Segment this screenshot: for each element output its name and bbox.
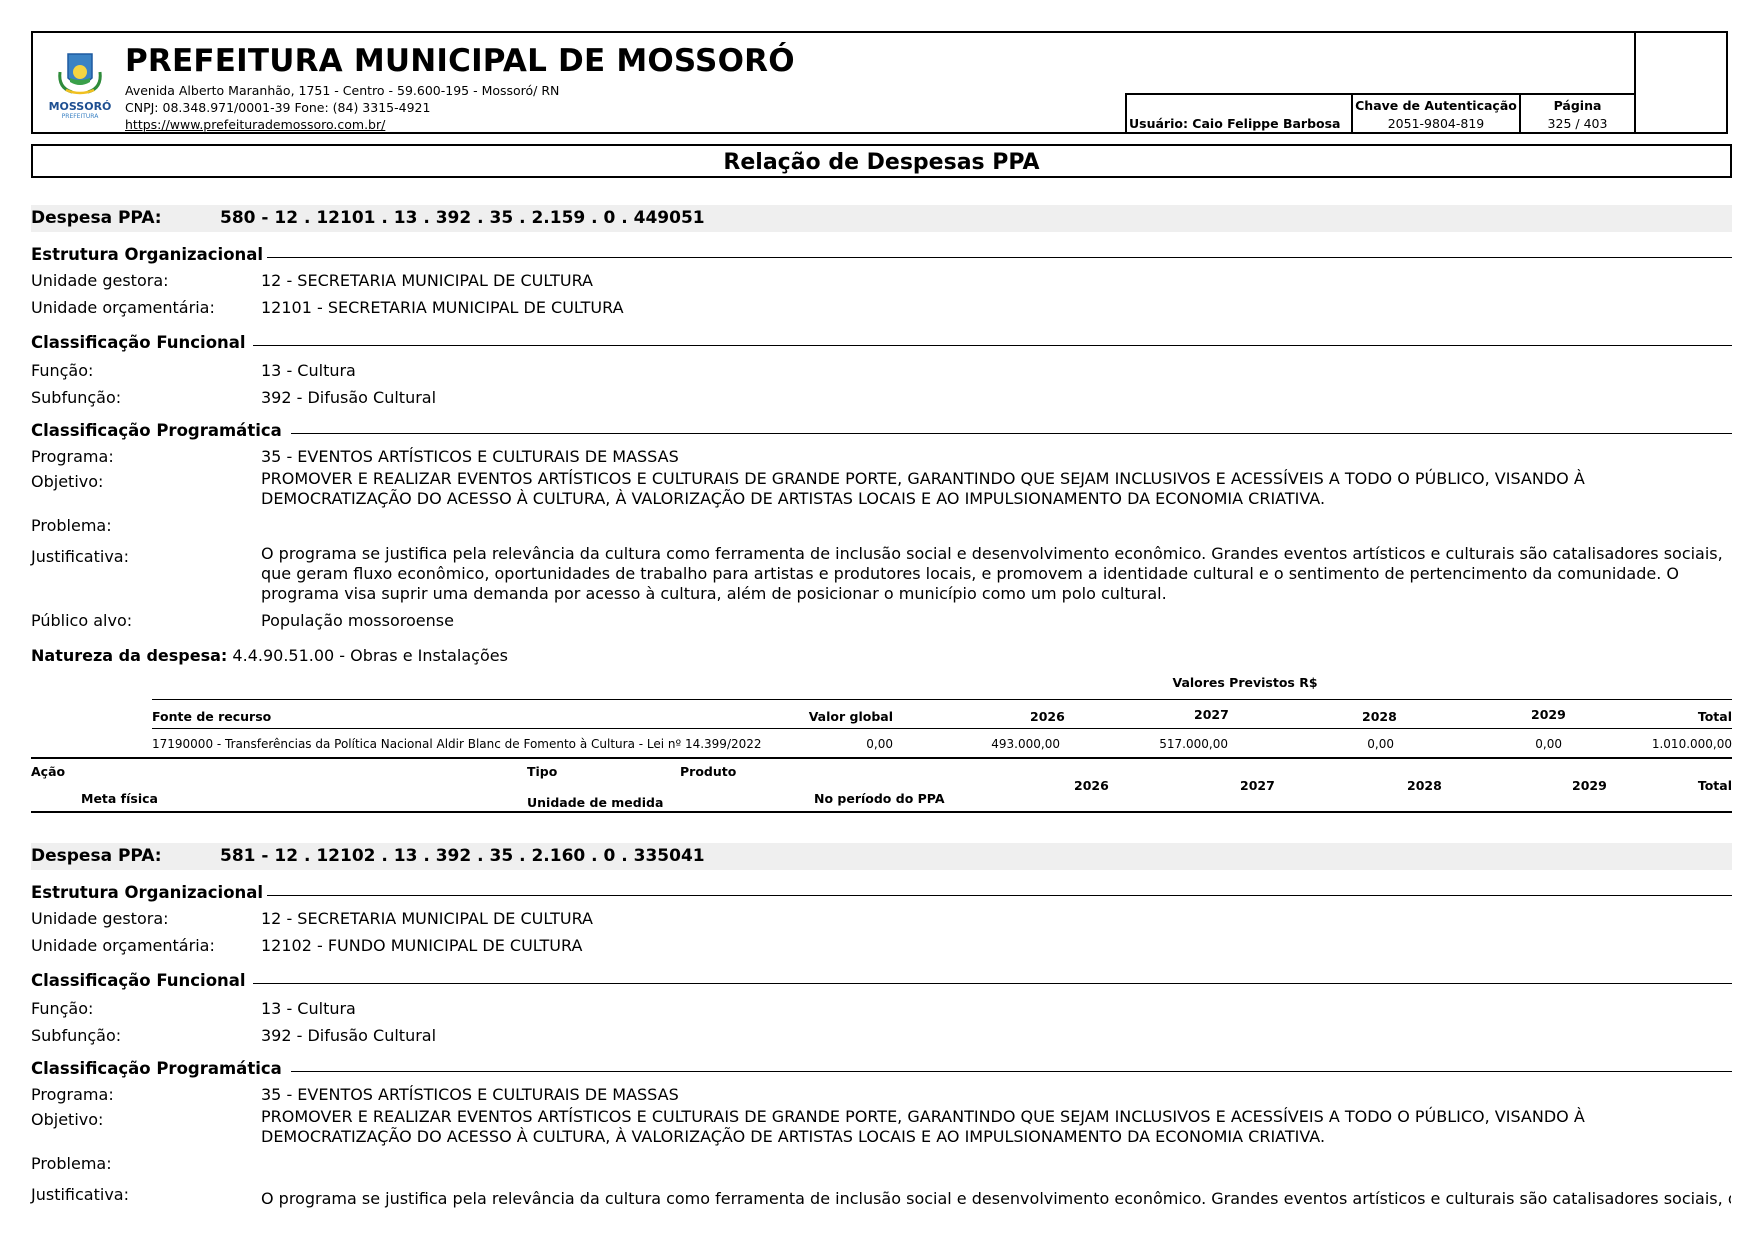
- programa-value: 35 - EVENTOS ARTÍSTICOS E CULTURAIS DE M…: [261, 1085, 679, 1104]
- programa-label: Programa:: [31, 447, 114, 466]
- page-number: 325 / 403: [1521, 116, 1634, 131]
- svg-text:MOSSORÓ: MOSSORÓ: [49, 100, 112, 113]
- natureza-row: Natureza da despesa: 4.4.90.51.00 - Obra…: [31, 646, 508, 665]
- objetivo-label: Objetivo:: [31, 1110, 103, 1129]
- page-label: Página: [1521, 98, 1634, 113]
- section-rule: [253, 983, 1732, 984]
- funcao-label: Função:: [31, 361, 93, 380]
- subfuncao-label: Subfunção:: [31, 1026, 121, 1045]
- col-meta-2026: 2026: [1074, 778, 1109, 793]
- fonte-valor-global: 0,00: [793, 737, 893, 751]
- table-rule: [152, 728, 1732, 729]
- section-estrutura: Estrutura Organizacional: [31, 883, 263, 902]
- subfuncao-value: 392 - Difusão Cultural: [261, 388, 436, 407]
- user-label: Usuário: Caio Felippe Barbosa: [1129, 116, 1341, 131]
- col-2026: 2026: [1030, 709, 1065, 724]
- col-periodo-ppa: No período do PPA: [814, 791, 945, 806]
- fonte-2026: 493.000,00: [960, 737, 1060, 751]
- section-classificacao-programatica: Classificação Programática: [31, 1059, 282, 1078]
- justificativa-label: Justificativa:: [31, 1185, 129, 1204]
- col-total: Total: [1632, 709, 1732, 724]
- col-meta-2027: 2027: [1240, 778, 1275, 793]
- justificativa-label: Justificativa:: [31, 547, 129, 566]
- objetivo-label: Objetivo:: [31, 472, 103, 491]
- col-meta-total: Total: [1632, 778, 1732, 793]
- col-unidade-medida: Unidade de medida: [527, 795, 663, 810]
- section-classificacao-programatica: Classificação Programática: [31, 421, 282, 440]
- section-rule: [291, 433, 1732, 434]
- svg-text:PREFEITURA: PREFEITURA: [62, 113, 100, 120]
- unidade-gestora-label: Unidade gestora:: [31, 909, 169, 928]
- section-rule: [267, 895, 1732, 896]
- col-valor-global: Valor global: [780, 709, 893, 724]
- funcao-value: 13 - Cultura: [261, 999, 356, 1018]
- col-meta-fisica: Meta física: [81, 791, 158, 806]
- justificativa-value: O programa se justifica pela relevância …: [261, 1189, 1731, 1209]
- despesa-label: Despesa PPA:: [31, 208, 162, 228]
- valores-previstos-heading: Valores Previstos R$: [1120, 675, 1370, 690]
- unidade-orcamentaria-label: Unidade orçamentária:: [31, 298, 215, 317]
- fonte-name: 17190000 - Transferências da Política Na…: [152, 737, 762, 751]
- funcao-label: Função:: [31, 999, 93, 1018]
- col-meta-2028: 2028: [1407, 778, 1442, 793]
- subfuncao-label: Subfunção:: [31, 388, 121, 407]
- address: Avenida Alberto Maranhão, 1751 - Centro …: [125, 83, 559, 98]
- section-rule: [291, 1071, 1732, 1072]
- mossoro-logo: MOSSORÓ PREFEITURA: [40, 48, 120, 120]
- section-classificacao-funcional: Classificação Funcional: [31, 971, 246, 990]
- unidade-gestora-value: 12 - SECRETARIA MUNICIPAL DE CULTURA: [261, 271, 593, 290]
- despesa-code: 581 - 12 . 12102 . 13 . 392 . 35 . 2.160…: [220, 846, 705, 866]
- programa-label: Programa:: [31, 1085, 114, 1104]
- objetivo-value: PROMOVER E REALIZAR EVENTOS ARTÍSTICOS E…: [261, 1107, 1731, 1147]
- fonte-2029: 0,00: [1462, 737, 1562, 751]
- problema-label: Problema:: [31, 1154, 112, 1173]
- publico-alvo-label: Público alvo:: [31, 611, 132, 630]
- unidade-gestora-value: 12 - SECRETARIA MUNICIPAL DE CULTURA: [261, 909, 593, 928]
- subfuncao-value: 392 - Difusão Cultural: [261, 1026, 436, 1045]
- report-title: Relação de Despesas PPA: [33, 150, 1730, 175]
- col-fonte: Fonte de recurso: [152, 709, 271, 724]
- natureza-value: 4.4.90.51.00 - Obras e Instalações: [232, 646, 508, 665]
- unidade-orcamentaria-value: 12101 - SECRETARIA MUNICIPAL DE CULTURA: [261, 298, 624, 317]
- despesa-label: Despesa PPA:: [31, 846, 162, 866]
- table-rule-thick: [31, 757, 1732, 759]
- col-2029: 2029: [1531, 707, 1566, 722]
- natureza-label: Natureza da despesa:: [31, 646, 227, 665]
- unidade-gestora-label: Unidade gestora:: [31, 271, 169, 290]
- col-2027: 2027: [1194, 707, 1229, 722]
- coat-of-arms-icon: MOSSORÓ PREFEITURA: [40, 48, 120, 120]
- programa-value: 35 - EVENTOS ARTÍSTICOS E CULTURAIS DE M…: [261, 447, 679, 466]
- col-2028: 2028: [1362, 709, 1397, 724]
- col-produto: Produto: [680, 764, 736, 779]
- section-classificacao-funcional: Classificação Funcional: [31, 333, 246, 352]
- table-rule-thick: [31, 811, 1732, 813]
- col-meta-2029: 2029: [1572, 778, 1607, 793]
- report-title-bar: Relação de Despesas PPA: [31, 144, 1732, 178]
- publico-alvo-value: População mossoroense: [261, 611, 454, 630]
- table-rule: [152, 699, 1732, 700]
- section-rule: [267, 257, 1732, 258]
- col-acao: Ação: [31, 764, 65, 779]
- auth-key-label: Chave de Autenticação: [1353, 98, 1519, 113]
- auth-key-value: 2051-9804-819: [1353, 116, 1519, 131]
- website-link[interactable]: https://www.prefeiturademossoro.com.br/: [125, 117, 385, 132]
- problema-label: Problema:: [31, 516, 112, 535]
- despesa-code: 580 - 12 . 12101 . 13 . 392 . 35 . 2.159…: [220, 208, 705, 228]
- col-tipo: Tipo: [527, 764, 557, 779]
- section-estrutura: Estrutura Organizacional: [31, 245, 263, 264]
- unidade-orcamentaria-label: Unidade orçamentária:: [31, 936, 215, 955]
- fonte-total: 1.010.000,00: [1612, 737, 1732, 751]
- funcao-value: 13 - Cultura: [261, 361, 356, 380]
- fonte-2028: 0,00: [1294, 737, 1394, 751]
- fonte-2027: 517.000,00: [1128, 737, 1228, 751]
- organization-name: PREFEITURA MUNICIPAL DE MOSSORÓ: [125, 43, 795, 79]
- unidade-orcamentaria-value: 12102 - FUNDO MUNICIPAL DE CULTURA: [261, 936, 582, 955]
- justificativa-value: O programa se justifica pela relevância …: [261, 544, 1731, 604]
- section-rule: [253, 345, 1732, 346]
- objetivo-value: PROMOVER E REALIZAR EVENTOS ARTÍSTICOS E…: [261, 469, 1731, 509]
- contact-info: CNPJ: 08.348.971/0001-39 Fone: (84) 3315…: [125, 100, 430, 115]
